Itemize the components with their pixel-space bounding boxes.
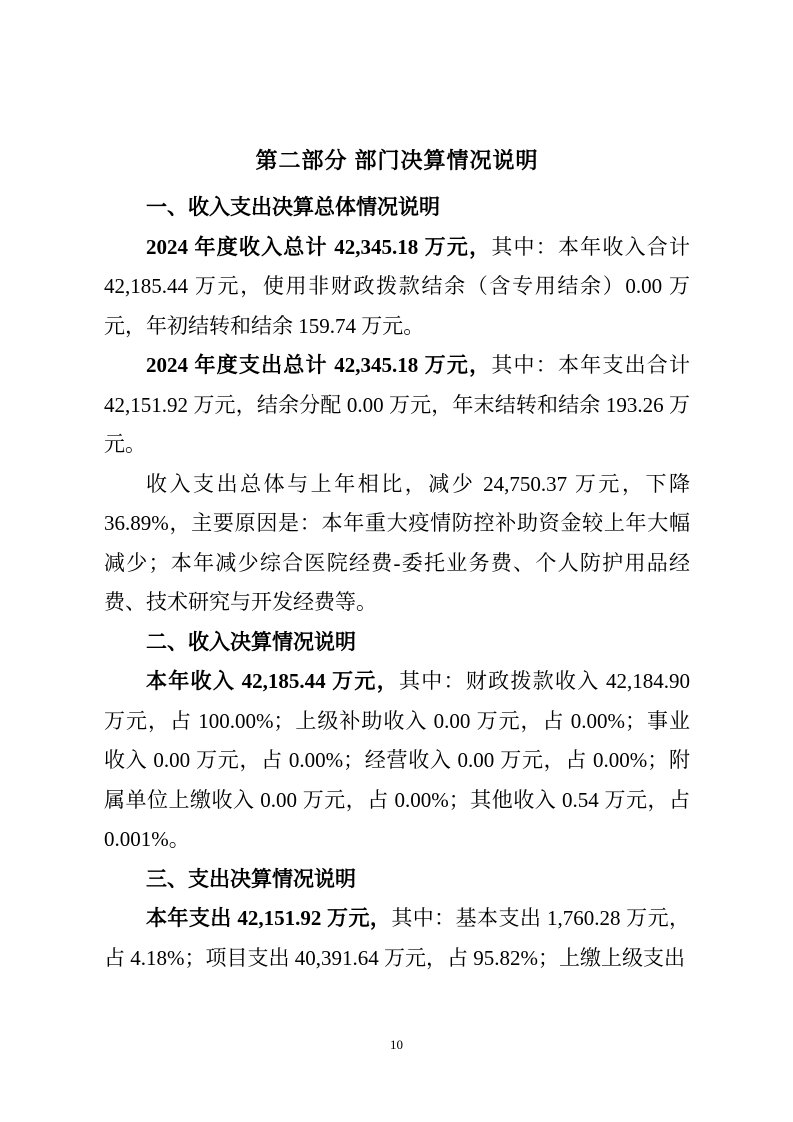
paragraph: 收入支出总体与上年相比，减少 24,750.37 万元，下降 36.89%，主要… bbox=[104, 465, 690, 623]
document-title: 第二部分 部门决算情况说明 bbox=[104, 145, 690, 177]
section-income-details: 二、收入决算情况说明 本年收入 42,185.44 万元，其中：财政拨款收入 4… bbox=[104, 623, 690, 860]
paragraph-text: 其中：财政拨款收入 42,184.90 万元，占 100.00%；上级补助收入 … bbox=[104, 669, 690, 851]
section-heading-2: 二、收入决算情况说明 bbox=[104, 623, 690, 663]
document-page: 第二部分 部门决算情况说明 一、收入支出决算总体情况说明 2024 年度收入总计… bbox=[0, 0, 793, 1122]
paragraph: 2024 年度收入总计 42,345.18 万元，其中：本年收入合计 42,18… bbox=[104, 228, 690, 347]
section-income-expenditure-overview: 一、收入支出决算总体情况说明 2024 年度收入总计 42,345.18 万元，… bbox=[104, 188, 690, 623]
document-body: 第二部分 部门决算情况说明 一、收入支出决算总体情况说明 2024 年度收入总计… bbox=[104, 145, 690, 978]
paragraph-lead: 2024 年度支出总计 42,345.18 万元， bbox=[146, 353, 491, 377]
paragraph: 本年支出 42,151.92 万元，其中：基本支出 1,760.28 万元，占 … bbox=[104, 899, 690, 978]
section-heading-3: 三、支出决算情况说明 bbox=[104, 860, 690, 900]
paragraph: 本年收入 42,185.44 万元，其中：财政拨款收入 42,184.90 万元… bbox=[104, 662, 690, 860]
paragraph: 2024 年度支出总计 42,345.18 万元，其中：本年支出合计 42,15… bbox=[104, 346, 690, 465]
paragraph-lead: 本年支出 42,151.92 万元， bbox=[146, 906, 391, 930]
paragraph-lead: 本年收入 42,185.44 万元， bbox=[146, 669, 399, 693]
paragraph-lead: 2024 年度收入总计 42,345.18 万元， bbox=[146, 235, 491, 259]
section-heading-1: 一、收入支出决算总体情况说明 bbox=[104, 188, 690, 228]
section-expenditure-details: 三、支出决算情况说明 本年支出 42,151.92 万元，其中：基本支出 1,7… bbox=[104, 860, 690, 979]
page-number: 10 bbox=[0, 1036, 793, 1054]
paragraph-text: 收入支出总体与上年相比，减少 24,750.37 万元，下降 36.89%，主要… bbox=[104, 472, 690, 615]
